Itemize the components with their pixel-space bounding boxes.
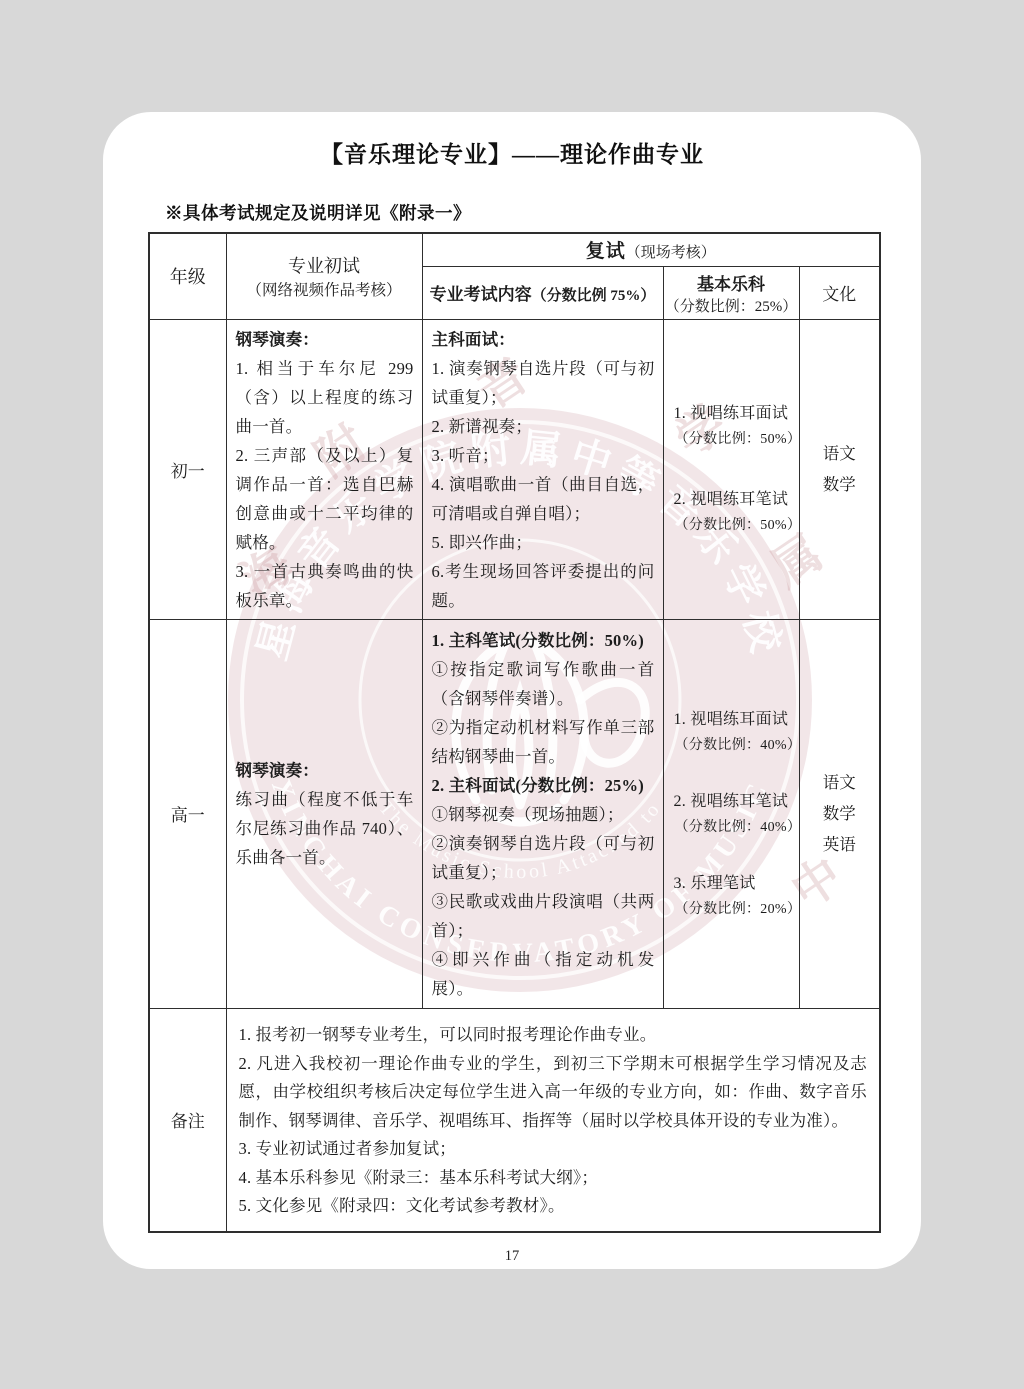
culture-cell-senior1: 语文 数学 英语 [799,619,880,1008]
cell-item: 1. 相当于车尔尼 299（含）以上程度的练习曲一首。 [236,354,414,441]
cell-item: 3. 听音； [432,441,655,470]
exam-table-wrapper: 年级 专业初试 （网络视频作品考核） 复试（现场考核） [148,232,880,1233]
exam-content-cell-senior1: 1. 主科笔试(分数比例：50%) ①按指定歌词写作歌曲一首（含钢琴伴奏谱）。 … [422,619,663,1008]
cell-item: 4. 演唱歌曲一首（曲目自选，可清唱或自弹自唱）； [432,470,655,528]
culture-subject: 语文 [800,767,880,798]
note-item: 2. 凡进入我校初一理论作曲专业的学生，到初三下学期末可根据学生学习情况及志愿，… [239,1050,868,1136]
grade-cell-junior1: 初一 [149,319,226,619]
header-basic-music: 基本乐科 （分数比例：25%） [663,266,799,319]
table-row-notes: 备注 1. 报考初一钢琴专业考生，可以同时报考理论作曲专业。 2. 凡进入我校初… [149,1008,880,1232]
cell-heading: 钢琴演奏： [236,325,414,354]
header-initial-test-sub: （网络视频作品考核） [227,278,422,300]
header-retest-sub: （现场考核） [626,245,716,261]
cell-item: ③民歌或戏曲片段演唱（共两首）； [432,887,655,945]
header-retest-title: 复试 [586,241,626,262]
header-grade: 年级 [149,233,226,319]
cell-item: ①按指定歌词写作歌曲一首（含钢琴伴奏谱）。 [432,655,655,713]
cell-item: 5. 即兴作曲； [432,528,655,557]
basic-music-cell-senior1: 1. 视唱练耳面试 （分数比例：40%） 2. 视唱练耳笔试 （分数比例：40%… [663,619,799,1008]
cell-item: ①钢琴视奏（现场抽题）； [432,800,655,829]
initial-test-cell-senior1: 钢琴演奏： 练习曲（程度不低于车尔尼练习曲作品 740）、乐曲各一首。 [226,619,422,1008]
note-item: 3. 专业初试通过者参加复试； [239,1135,868,1164]
page-title: 【音乐理论专业】——理论作曲专业 [103,136,921,169]
header-culture: 文化 [799,266,880,319]
initial-test-cell-junior1: 钢琴演奏： 1. 相当于车尔尼 299（含）以上程度的练习曲一首。 2. 三声部… [226,319,422,619]
header-exam-content-sub: （分数比例 75%） [532,288,656,304]
basic-music-cell-junior1: 1. 视唱练耳面试 （分数比例：50%） 2. 视唱练耳笔试 （分数比例：50%… [663,319,799,619]
cell-item: 3. 一首古典奏鸣曲的快板乐章。 [236,557,414,615]
basic-item: 3. 乐理笔试 （分数比例：20%） [674,870,795,922]
header-initial-test-title: 专业初试 [227,252,422,278]
basic-item: 2. 视唱练耳笔试 （分数比例：50%） [674,486,795,538]
header-exam-content-title: 专业考试内容 [430,285,532,304]
header-exam-content: 专业考试内容（分数比例 75%） [422,266,663,319]
note-item: 1. 报考初一钢琴专业考生，可以同时报考理论作曲专业。 [239,1021,868,1050]
basic-item: 1. 视唱练耳面试 （分数比例：40%） [674,706,795,758]
cell-item: ④即兴作曲（指定动机发展）。 [432,945,655,1003]
cell-heading: 2. 主科面试(分数比例：25%) [432,771,655,800]
notes-cell: 1. 报考初一钢琴专业考生，可以同时报考理论作曲专业。 2. 凡进入我校初一理论… [226,1008,880,1232]
cell-item: 2. 三声部（及以上）复调作品一首：选自巴赫创意曲或十二平均律的赋格。 [236,441,414,557]
document-card: 星海音乐学院附属中等音乐学校 XINGHAI CONSERVATORY OF M… [103,112,921,1269]
cell-item: ②为指定动机材料写作单三部结构钢琴曲一首。 [432,713,655,771]
cell-heading: 1. 主科笔试(分数比例：50%) [432,626,655,655]
cell-item: 练习曲（程度不低于车尔尼练习曲作品 740）、乐曲各一首。 [236,785,414,872]
basic-item: 1. 视唱练耳面试 （分数比例：50%） [674,400,795,452]
header-basic-music-sub: （分数比例：25%） [664,295,799,316]
culture-subject: 数学 [800,798,880,829]
cell-heading: 钢琴演奏： [236,756,414,785]
page-number: 17 [103,1248,921,1265]
note-item: 4. 基本乐科参见《附录三：基本乐科考试大纲》； [239,1164,868,1193]
cell-item: ②演奏钢琴自选片段（可与初试重复）； [432,829,655,887]
note-item: 5. 文化参见《附录四：文化考试参考教材》。 [239,1192,868,1221]
table-row-junior1: 初一 钢琴演奏： 1. 相当于车尔尼 299（含）以上程度的练习曲一首。 2. … [149,319,880,619]
page-subtitle: ※具体考试规定及说明详见《附录一》 [165,200,471,225]
exam-table: 年级 专业初试 （网络视频作品考核） 复试（现场考核） [148,232,881,1233]
cell-item: 2. 新谱视奏； [432,412,655,441]
grade-cell-senior1: 高一 [149,619,226,1008]
culture-subject: 英语 [800,829,880,860]
basic-item: 2. 视唱练耳笔试 （分数比例：40%） [674,788,795,840]
page-background: 星海音乐学院附属中等音乐学校 XINGHAI CONSERVATORY OF M… [0,0,1024,1389]
culture-subject: 数学 [800,469,880,500]
cell-item: 6.考生现场回答评委提出的问题。 [432,557,655,615]
header-initial-test: 专业初试 （网络视频作品考核） [226,233,422,319]
exam-content-cell-junior1: 主科面试： 1. 演奏钢琴自选片段（可与初试重复）； 2. 新谱视奏； 3. 听… [422,319,663,619]
header-basic-music-title: 基本乐科 [664,270,799,295]
cell-heading: 主科面试： [432,325,655,354]
notes-label-cell: 备注 [149,1008,226,1232]
header-retest: 复试（现场考核） [422,233,880,266]
culture-subject: 语文 [800,438,880,469]
cell-item: 1. 演奏钢琴自选片段（可与初试重复）； [432,354,655,412]
culture-cell-junior1: 语文 数学 [799,319,880,619]
table-row-senior1: 高一 钢琴演奏： 练习曲（程度不低于车尔尼练习曲作品 740）、乐曲各一首。 1… [149,619,880,1008]
